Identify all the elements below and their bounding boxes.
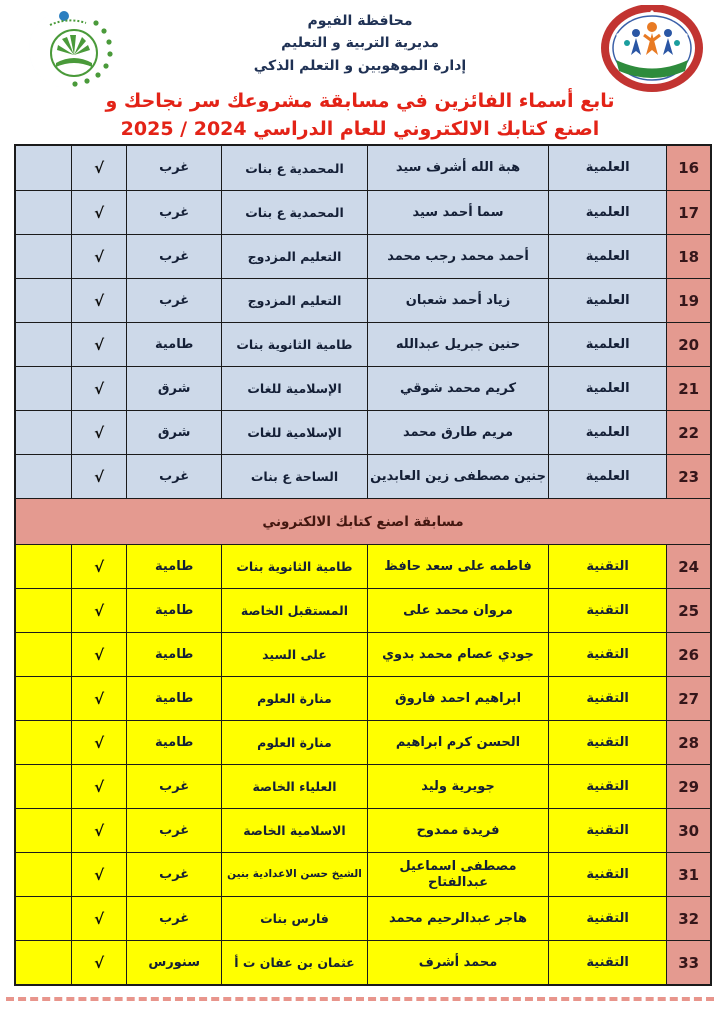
school-cell: عثمان بن عفان ت أ (221, 941, 367, 984)
empty-cell (16, 279, 71, 322)
district-cell: طامية (126, 633, 220, 676)
district-cell: غرب (126, 897, 220, 940)
district-cell: غرب (126, 765, 220, 808)
district-cell: غرب (126, 809, 220, 852)
table-row: 16العلميةهبة الله أشرف سيدالمحمدية ع بنا… (16, 146, 710, 190)
school-cell: الإسلامية للغات (221, 367, 367, 410)
student-name-cell: فاطمه على سعد حافظ (367, 545, 548, 588)
student-name-cell: محمد أشرف (367, 941, 548, 984)
student-name-cell: جويرية وليد (367, 765, 548, 808)
row-number-cell: 31 (666, 853, 710, 896)
row-number-cell: 16 (666, 146, 710, 190)
empty-cell (16, 897, 71, 940)
student-name-cell: فريدة ممدوح (367, 809, 548, 852)
student-name-cell: هاجر عبدالرحيم محمد (367, 897, 548, 940)
district-cell: غرب (126, 279, 220, 322)
approved-check-cell: √ (71, 411, 127, 454)
row-number-cell: 29 (666, 765, 710, 808)
school-cell: المحمدية ع بنات (221, 191, 367, 234)
row-number-cell: 19 (666, 279, 710, 322)
empty-cell (16, 721, 71, 764)
table-row: 17العلميةسما أحمد سيدالمحمدية ع بناتغرب√ (16, 190, 710, 234)
district-cell: طامية (126, 589, 220, 632)
student-name-cell: الحسن كرم ابراهيم (367, 721, 548, 764)
district-cell: غرب (126, 853, 220, 896)
row-number-cell: 32 (666, 897, 710, 940)
school-cell: طامية الثانوية بنات (221, 545, 367, 588)
table-row: 18العلميةأحمد محمد رجب محمدالتعليم المزد… (16, 234, 710, 278)
school-cell: العلياء الخاصة (221, 765, 367, 808)
school-cell: الشيخ حسن الاعدادية بنين (221, 853, 367, 896)
approved-check-cell: √ (71, 853, 127, 896)
approved-check-cell: √ (71, 677, 127, 720)
empty-cell (16, 545, 71, 588)
student-name-cell: هبة الله أشرف سيد (367, 146, 548, 190)
approved-check-cell: √ (71, 191, 127, 234)
row-number-cell: 26 (666, 633, 710, 676)
approved-check-cell: √ (71, 897, 127, 940)
header-governorate: محافظة الفيوم (124, 10, 596, 32)
empty-cell (16, 765, 71, 808)
student-name-cell: مصطفى اسماعيل عبدالفتاح (367, 853, 548, 896)
student-name-cell: أحمد محمد رجب محمد (367, 235, 548, 278)
empty-cell (16, 853, 71, 896)
district-cell: سنورس (126, 941, 220, 984)
table-row: 25التقنيةمروان محمد علىالمستقبل الخاصةطا… (16, 588, 710, 632)
district-cell: طامية (126, 721, 220, 764)
gifted-administration-logo-icon (596, 5, 708, 95)
category-cell: التقنية (548, 633, 666, 676)
student-name-cell: ابراهيم احمد فاروق (367, 677, 548, 720)
table-row: 21العلميةكريم محمد شوقيالإسلامية للغاتشر… (16, 366, 710, 410)
table-row: 24التقنيةفاطمه على سعد حافظطامية الثانوي… (16, 544, 710, 588)
school-cell: فارس بنات (221, 897, 367, 940)
district-cell: طامية (126, 545, 220, 588)
approved-check-cell: √ (71, 279, 127, 322)
student-name-cell: جودي عصام محمد بدوي (367, 633, 548, 676)
row-number-cell: 28 (666, 721, 710, 764)
table-row: 27التقنيةابراهيم احمد فاروقمنارة العلومط… (16, 676, 710, 720)
student-name-cell: حنين جبريل عبدالله (367, 323, 548, 366)
school-cell: طامية الثانوية بنات (221, 323, 367, 366)
empty-cell (16, 367, 71, 410)
district-cell: غرب (126, 235, 220, 278)
category-cell: التقنية (548, 545, 666, 588)
category-cell: التقنية (548, 721, 666, 764)
table-row: 23العلميةجنين مصطفى زين العابدينالساحة ع… (16, 454, 710, 498)
table-row: 33التقنيةمحمد أشرفعثمان بن عفان ت أسنورس… (16, 940, 710, 984)
approved-check-cell: √ (71, 633, 127, 676)
category-cell: التقنية (548, 765, 666, 808)
category-cell: التقنية (548, 897, 666, 940)
approved-check-cell: √ (71, 809, 127, 852)
winners-table: 16العلميةهبة الله أشرف سيدالمحمدية ع بنا… (14, 144, 712, 986)
school-cell: المحمدية ع بنات (221, 146, 367, 190)
education-directorate-logo-icon (12, 5, 124, 95)
district-cell: شرق (126, 411, 220, 454)
student-name-cell: كريم محمد شوقي (367, 367, 548, 410)
header-directorate: مديرية التربية و التعليم (124, 32, 596, 54)
table-row: 31التقنيةمصطفى اسماعيل عبدالفتاحالشيخ حس… (16, 852, 710, 896)
student-name-cell: جنين مصطفى زين العابدين (367, 455, 548, 498)
empty-cell (16, 941, 71, 984)
empty-cell (16, 589, 71, 632)
approved-check-cell: √ (71, 589, 127, 632)
approved-check-cell: √ (71, 323, 127, 366)
school-cell: الإسلامية للغات (221, 411, 367, 454)
row-number-cell: 23 (666, 455, 710, 498)
empty-cell (16, 677, 71, 720)
table-row: 32التقنيةهاجر عبدالرحيم محمدفارس بناتغرب… (16, 896, 710, 940)
approved-check-cell: √ (71, 765, 127, 808)
category-cell: العلمية (548, 235, 666, 278)
page-bottom-dashed-line (6, 997, 714, 1001)
document-title: تابع أسماء الفائزين في مسابقة مشروعك سر … (0, 88, 720, 143)
school-cell: المستقبل الخاصة (221, 589, 367, 632)
empty-cell (16, 323, 71, 366)
school-cell: منارة العلوم (221, 677, 367, 720)
student-name-cell: سما أحمد سيد (367, 191, 548, 234)
table-row: 29التقنيةجويرية وليدالعلياء الخاصةغرب√ (16, 764, 710, 808)
section-separator-row: مسابقة اصنع كتابك الالكتروني (16, 498, 710, 544)
empty-cell (16, 455, 71, 498)
table-row: 19العلميةزياد أحمد شعبانالتعليم المزدوجغ… (16, 278, 710, 322)
category-cell: العلمية (548, 411, 666, 454)
approved-check-cell: √ (71, 545, 127, 588)
row-number-cell: 30 (666, 809, 710, 852)
category-cell: العلمية (548, 146, 666, 190)
table-row: 26التقنيةجودي عصام محمد بدويعلى السيدطام… (16, 632, 710, 676)
empty-cell (16, 235, 71, 278)
district-cell: شرق (126, 367, 220, 410)
document-header: محافظة الفيوم مديرية التربية و التعليم إ… (0, 0, 720, 92)
district-cell: غرب (126, 191, 220, 234)
approved-check-cell: √ (71, 235, 127, 278)
school-cell: الساحة ع بنات (221, 455, 367, 498)
approved-check-cell: √ (71, 941, 127, 984)
row-number-cell: 17 (666, 191, 710, 234)
district-cell: طامية (126, 323, 220, 366)
approved-check-cell: √ (71, 146, 127, 190)
empty-cell (16, 191, 71, 234)
row-number-cell: 20 (666, 323, 710, 366)
table-row: 28التقنيةالحسن كرم ابراهيممنارة العلومطا… (16, 720, 710, 764)
title-line-1: تابع أسماء الفائزين في مسابقة مشروعك سر … (0, 88, 720, 116)
school-cell: منارة العلوم (221, 721, 367, 764)
row-number-cell: 25 (666, 589, 710, 632)
row-number-cell: 27 (666, 677, 710, 720)
empty-cell (16, 809, 71, 852)
category-cell: التقنية (548, 941, 666, 984)
student-name-cell: مريم طارق محمد (367, 411, 548, 454)
school-cell: على السيد (221, 633, 367, 676)
row-number-cell: 21 (666, 367, 710, 410)
title-line-2: اصنع كتابك الالكتروني للعام الدراسي 2024… (0, 116, 720, 144)
table-row: 22العلميةمريم طارق محمدالإسلامية للغاتشر… (16, 410, 710, 454)
empty-cell (16, 633, 71, 676)
category-cell: العلمية (548, 455, 666, 498)
category-cell: التقنية (548, 677, 666, 720)
school-cell: التعليم المزدوج (221, 235, 367, 278)
row-number-cell: 22 (666, 411, 710, 454)
school-cell: التعليم المزدوج (221, 279, 367, 322)
student-name-cell: زياد أحمد شعبان (367, 279, 548, 322)
category-cell: العلمية (548, 279, 666, 322)
table-row: 20العلميةحنين جبريل عبداللهطامية الثانوي… (16, 322, 710, 366)
row-number-cell: 24 (666, 545, 710, 588)
empty-cell (16, 146, 71, 190)
district-cell: غرب (126, 455, 220, 498)
approved-check-cell: √ (71, 455, 127, 498)
header-administration: إدارة الموهوبين و التعلم الذكي (124, 55, 596, 77)
row-number-cell: 33 (666, 941, 710, 984)
header-org-lines: محافظة الفيوم مديرية التربية و التعليم إ… (124, 5, 596, 77)
category-cell: العلمية (548, 191, 666, 234)
approved-check-cell: √ (71, 367, 127, 410)
school-cell: الاسلامية الخاصة (221, 809, 367, 852)
row-number-cell: 18 (666, 235, 710, 278)
category-cell: التقنية (548, 589, 666, 632)
category-cell: العلمية (548, 323, 666, 366)
category-cell: التقنية (548, 853, 666, 896)
category-cell: التقنية (548, 809, 666, 852)
district-cell: غرب (126, 146, 220, 190)
category-cell: العلمية (548, 367, 666, 410)
table-row: 30التقنيةفريدة ممدوحالاسلامية الخاصةغرب√ (16, 808, 710, 852)
district-cell: طامية (126, 677, 220, 720)
student-name-cell: مروان محمد على (367, 589, 548, 632)
empty-cell (16, 411, 71, 454)
approved-check-cell: √ (71, 721, 127, 764)
